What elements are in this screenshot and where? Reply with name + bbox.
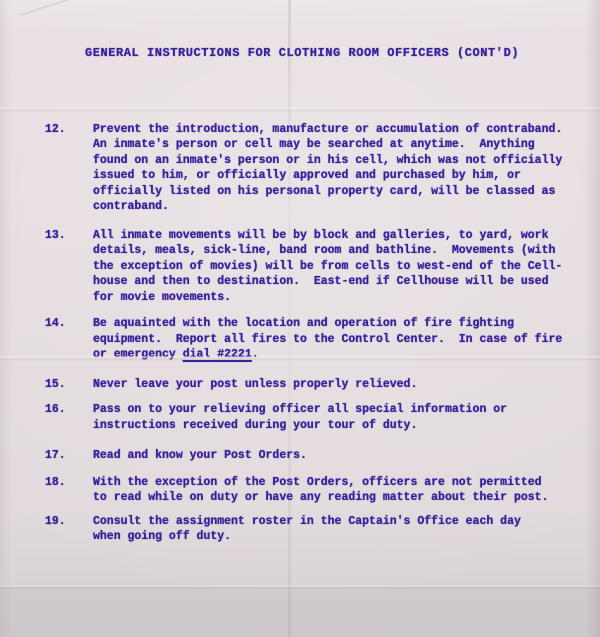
text-line: Read and know your Post Orders. <box>93 448 600 464</box>
text-line: equipment. Report all fires to the Contr… <box>93 332 600 348</box>
text-line: All inmate movements will be by block an… <box>93 228 600 244</box>
text-segment: or emergency <box>93 348 183 361</box>
text-line: An inmate's person or cell may be search… <box>93 137 600 153</box>
fold-crease-top <box>0 107 600 112</box>
fold-crease-bottom <box>0 585 600 591</box>
instruction-item: 19.Consult the assignment roster in the … <box>45 514 600 545</box>
instruction-item: 17.Read and know your Post Orders. <box>45 448 600 464</box>
item-text: Read and know your Post Orders. <box>93 448 600 464</box>
instruction-item: 15.Never leave your post unless properly… <box>45 377 600 393</box>
item-number: 12. <box>45 122 93 215</box>
text-line: to read while on duty or have any readin… <box>93 490 600 506</box>
text-line: the exception of movies) will be from ce… <box>93 259 600 275</box>
item-number: 17. <box>45 448 93 464</box>
text-line: house and then to destination. East-end … <box>93 274 600 290</box>
text-line: for movie movements. <box>93 290 600 306</box>
text-line: instructions received during your tour o… <box>93 418 600 434</box>
text-line: contraband. <box>93 199 600 215</box>
item-number: 13. <box>45 228 93 306</box>
text-line: Never leave your post unless properly re… <box>93 377 600 393</box>
item-number: 15. <box>45 377 93 393</box>
text-line: or emergency dial #2221. <box>93 347 600 363</box>
text-line: when going off duty. <box>93 529 600 545</box>
text-line: issued to him, or officially approved an… <box>93 168 600 184</box>
item-text: Pass on to your relieving officer all sp… <box>93 402 600 433</box>
item-text: Consult the assignment roster in the Cap… <box>93 514 600 545</box>
text-line: Be aquainted with the location and opera… <box>93 316 600 332</box>
text-line: Consult the assignment roster in the Cap… <box>93 514 600 530</box>
text-line: found on an inmate's person or in his ce… <box>93 153 600 169</box>
text-line: officially listed on his personal proper… <box>93 184 600 200</box>
bottom-edge-shading <box>0 590 600 637</box>
item-text: All inmate movements will be by block an… <box>93 228 600 306</box>
item-text: Never leave your post unless properly re… <box>93 377 600 393</box>
instruction-list: 12.Prevent the introduction, manufacture… <box>0 122 600 545</box>
instruction-item: 16.Pass on to your relieving officer all… <box>45 402 600 433</box>
instruction-item: 13.All inmate movements will be by block… <box>45 228 600 306</box>
item-number: 18. <box>45 475 93 506</box>
item-number: 19. <box>45 514 93 545</box>
underlined-phone-number: dial #2221 <box>183 348 252 361</box>
item-text: Be aquainted with the location and opera… <box>93 316 600 363</box>
item-text: Prevent the introduction, manufacture or… <box>93 122 600 215</box>
item-number: 16. <box>45 402 93 433</box>
instruction-item: 14.Be aquainted with the location and op… <box>45 316 600 363</box>
text-line: With the exception of the Post Orders, o… <box>93 475 600 491</box>
item-number: 14. <box>45 316 93 363</box>
text-line: details, meals, sick-line, band room and… <box>93 243 600 259</box>
text-line: Prevent the introduction, manufacture or… <box>93 122 600 138</box>
document-page: GENERAL INSTRUCTIONS FOR CLOTHING ROOM O… <box>0 0 600 637</box>
text-line: Pass on to your relieving officer all sp… <box>93 402 600 418</box>
item-text: With the exception of the Post Orders, o… <box>93 475 600 506</box>
text-segment: . <box>252 348 259 361</box>
instruction-item: 12.Prevent the introduction, manufacture… <box>45 122 600 215</box>
document-title: GENERAL INSTRUCTIONS FOR CLOTHING ROOM O… <box>0 0 600 62</box>
instruction-item: 18.With the exception of the Post Orders… <box>45 475 600 506</box>
